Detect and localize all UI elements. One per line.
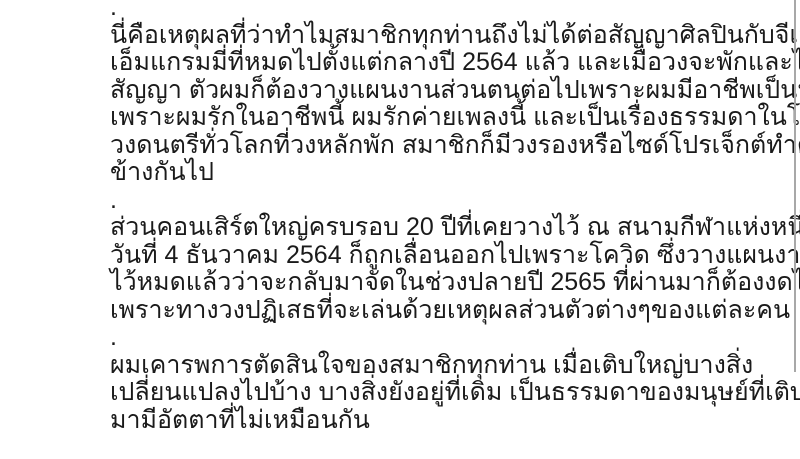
paragraph-2: ส่วนคอนเสิร์ตใหญ่ครบรอบ 20 ปีที่เคยวางไว… bbox=[110, 214, 790, 324]
text-line: ไว้หมดแล้วว่าจะกลับมาจัดในช่วงปลายปี 256… bbox=[110, 269, 790, 297]
post-text: . นี่คือเหตุผลที่ว่าทำไมสมาชิกทุกท่านถึง… bbox=[110, 0, 790, 434]
text-line: สัญญา ตัวผมก็ต้องวางแผนงานส่วนตนต่อไปเพร… bbox=[110, 77, 790, 105]
paragraph-1: นี่คือเหตุผลที่ว่าทำไมสมาชิกทุกท่านถึงไม… bbox=[110, 22, 790, 187]
paragraph-3: ผมเคารพการตัดสินใจของสมาชิกทุกท่าน เมื่อ… bbox=[110, 352, 790, 435]
text-line: เอ็มแกรมมี่ที่หมดไปตั้งแต่กลางปี 2564 แล… bbox=[110, 49, 790, 77]
text-line: มามีอัตตาที่ไม่เหมือนกัน bbox=[110, 407, 790, 435]
text-line: ส่วนคอนเสิร์ตใหญ่ครบรอบ 20 ปีที่เคยวางไว… bbox=[110, 214, 790, 242]
text-line: ผมเคารพการตัดสินใจของสมาชิกทุกท่าน เมื่อ… bbox=[110, 352, 790, 380]
paragraph-separator: . bbox=[110, 324, 790, 352]
text-line: เพราะทางวงปฏิเสธที่จะเล่นด้วยเหตุผลส่วนต… bbox=[110, 297, 790, 325]
text-line: วงดนตรีทั่วโลกที่วงหลักพัก สมาชิกก็มีวงร… bbox=[110, 132, 790, 160]
text-line: เพราะผมรักในอาชีพนี้ ผมรักค่ายเพลงนี้ แล… bbox=[110, 104, 790, 132]
text-line: นี่คือเหตุผลที่ว่าทำไมสมาชิกทุกท่านถึงไม… bbox=[110, 22, 790, 50]
paragraph-separator: . bbox=[110, 187, 790, 215]
text-line: ข้างกันไป bbox=[110, 159, 790, 187]
right-edge-rule bbox=[794, 0, 796, 372]
paragraph-separator: . bbox=[110, 0, 790, 22]
text-line: เปลี่ยนแปลงไปบ้าง บางสิ่งยังอยู่ที่เดิม … bbox=[110, 379, 790, 407]
text-line: วันที่ 4 ธันวาคม 2564 ก็ถูกเลื่อนออกไปเพ… bbox=[110, 242, 790, 270]
